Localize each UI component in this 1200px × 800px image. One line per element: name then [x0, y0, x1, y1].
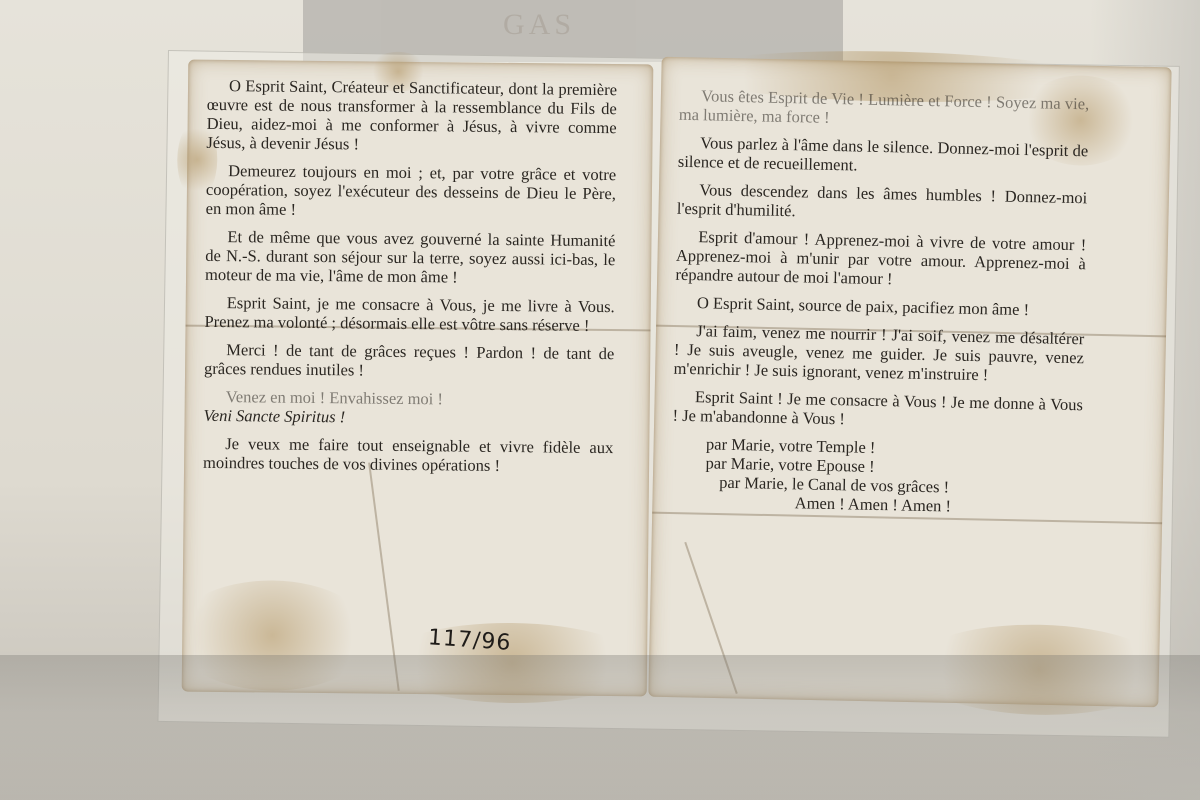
right-panel-text: Vous êtes Esprit de Vie ! Lumière et For… — [671, 86, 1090, 518]
paragraph: Esprit Saint ! Je me consacre à Vous ! J… — [672, 387, 1083, 434]
paragraph: Vous êtes Esprit de Vie ! Lumière et For… — [679, 86, 1090, 133]
marian-litany: par Marie, votre Temple ! par Marie, vot… — [671, 434, 1083, 519]
paragraph: Esprit Saint, je me consacre à Vous, je … — [204, 293, 614, 335]
label-strip-text: GAS — [503, 8, 575, 42]
paragraph: Et de même que vous avez gouverné la sai… — [205, 227, 616, 288]
paragraph: O Esprit Saint, Créateur et Sanctificate… — [206, 76, 617, 156]
paragraph: Esprit d'amour ! Apprenez-moi à vivre de… — [675, 227, 1086, 293]
paragraph: Vous descendez dans les âmes humbles ! D… — [677, 180, 1088, 227]
left-panel-text: O Esprit Saint, Créateur et Sanctificate… — [203, 76, 617, 485]
paragraph: J'ai faim, venez me nourrir ! J'ai soif,… — [673, 321, 1084, 387]
shadow-overlay — [0, 655, 1200, 800]
paragraph: Je veux me faire tout enseignable et viv… — [203, 434, 613, 476]
paragraph: Vous parlez à l'âme dans le silence. Don… — [678, 133, 1089, 180]
paragraph: Demeurez toujours en moi ; et, par votre… — [206, 161, 617, 222]
paragraph: Merci ! de tant de grâces reçues ! Pardo… — [204, 340, 614, 382]
paragraph: O Esprit Saint, source de paix, pacifiez… — [675, 293, 1085, 321]
